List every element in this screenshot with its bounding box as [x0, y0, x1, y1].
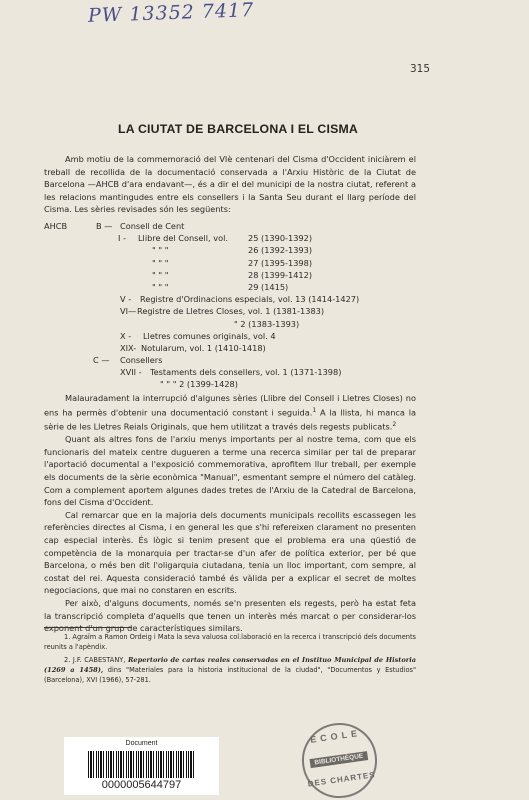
- section-name: Consell de Cent: [120, 220, 184, 232]
- entry-text: Registre d'Ordinacions especials, vol. 1…: [140, 293, 359, 305]
- entry-text: Registre de Lletres Closes, vol. 1 (1381…: [137, 305, 324, 317]
- entry-ditto: " " ": [152, 269, 169, 281]
- handwritten-shelfmark: PW 13352 7417: [88, 0, 255, 27]
- document-page: PW 13352 7417 315 LA CIUTAT DE BARCELONA…: [0, 0, 529, 800]
- entry-ditto: " " ": [152, 257, 169, 269]
- entry-ditto: " " ": [152, 244, 169, 256]
- library-stamp-icon: ECOLE BIBLIOTHÈQUE DES CHARTES: [297, 718, 382, 800]
- entry-number: I -: [118, 232, 126, 244]
- intro-paragraph: Amb motiu de la commemoració del VIè cen…: [44, 153, 416, 216]
- paragraph: Quant als altres fons de l'arxiu menys i…: [44, 433, 416, 509]
- entry-number: VI—: [120, 305, 136, 317]
- footnote-1: 1. Agraïm a Ramon Ordeig i Mata la seva …: [44, 632, 416, 652]
- section-code: C —: [93, 354, 110, 366]
- intro-text: Amb motiu de la commemoració del VIè cen…: [44, 153, 416, 216]
- footnote-author: 2. J.F. CABESTANY,: [64, 656, 128, 664]
- paragraph: Cal remarcar que en la majoria dels docu…: [44, 509, 416, 597]
- entry-volume: 29 (1415): [248, 281, 288, 293]
- entry-text: Testaments dels consellers, vol. 1 (1371…: [150, 366, 341, 378]
- section-code: B —: [96, 220, 112, 232]
- stamp-middle-text: BIBLIOTHÈQUE: [310, 751, 369, 768]
- page-number: 315: [410, 63, 430, 75]
- entry-ditto: " " ": [152, 281, 169, 293]
- section-name: Consellers: [120, 354, 162, 366]
- entry-number: X -: [120, 330, 131, 342]
- body-paragraphs: Malauradament la interrupció d'algunes s…: [44, 392, 416, 635]
- entry-volume: 25 (1390-1392): [248, 232, 312, 244]
- footnotes: 1. Agraïm a Ramon Ordeig i Mata la seva …: [44, 632, 416, 688]
- barcode-icon: [88, 751, 195, 778]
- barcode-number: 0000005644797: [64, 779, 219, 791]
- entry-volume: 28 (1399-1412): [248, 269, 312, 281]
- paragraph: Per això, d'alguns documents, només se'n…: [44, 597, 416, 635]
- archive-code: AHCB: [44, 220, 67, 232]
- paragraph: Malauradament la interrupció d'algunes s…: [44, 392, 416, 433]
- entry-number: XIX-: [120, 342, 136, 354]
- article-title: LA CIUTAT DE BARCELONA I EL CISMA: [118, 122, 358, 136]
- entry-ditto: " 2 (1383-1393): [234, 318, 299, 330]
- entry-volume: 27 (1395-1398): [248, 257, 312, 269]
- entry-text: Lletres comunes originals, vol. 4: [143, 330, 276, 342]
- entry-text: Llibre del Consell, vol.: [138, 232, 228, 244]
- entry-ditto: " " " 2 (1399-1428): [160, 378, 238, 390]
- footnote-2: 2. J.F. CABESTANY, Repertorio de cartas …: [44, 655, 416, 685]
- entry-number: V -: [120, 293, 131, 305]
- barcode-label: Document 0000005644797: [64, 737, 219, 795]
- footnote-ref: 2: [392, 421, 396, 428]
- entry-volume: 26 (1392-1393): [248, 244, 312, 256]
- entry-text: Notularum, vol. 1 (1410-1418): [141, 342, 266, 354]
- barcode-title: Document: [64, 740, 219, 747]
- stamp-top-text: ECOLE: [300, 726, 371, 746]
- footnote-divider: [44, 627, 132, 628]
- stamp-bottom-text: DES CHARTES: [306, 770, 377, 789]
- entry-number: XVII -: [120, 366, 142, 378]
